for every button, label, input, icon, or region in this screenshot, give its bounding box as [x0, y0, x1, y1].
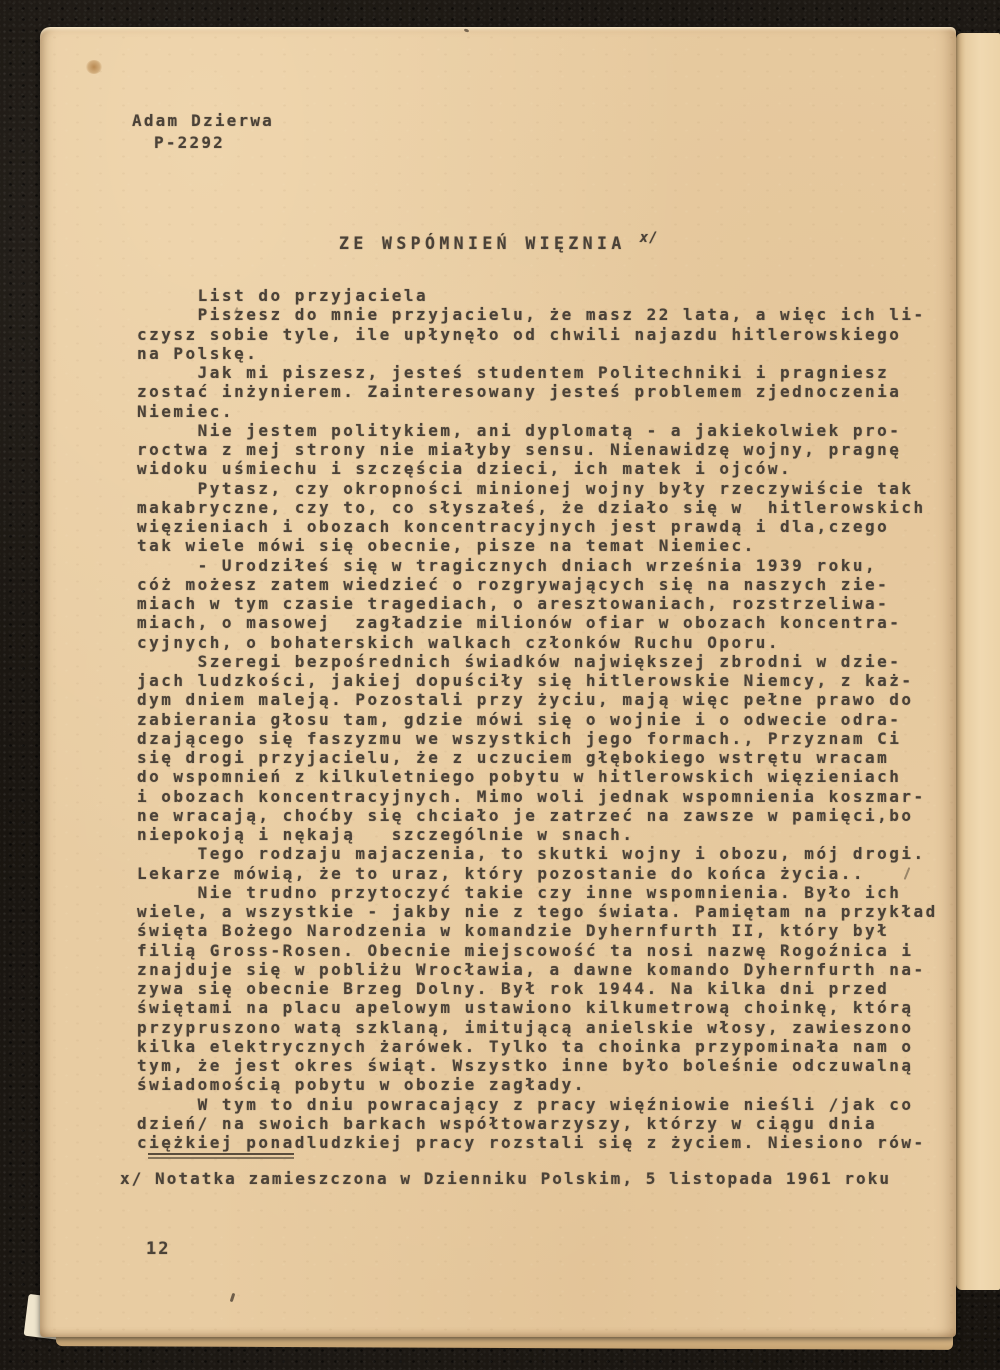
text-line: więzieniach i obozach koncentracyjnych j…	[137, 517, 938, 536]
text-line: przypruszono watą szklaną, imitującą ani…	[137, 1018, 938, 1037]
text-line: tym, że jest okres świąt. Wszystko inne …	[137, 1056, 938, 1075]
text-line: Lekarze mówią, że to uraz, który pozosta…	[137, 864, 938, 883]
text-line: dym dniem maleją. Pozostali przy życiu, …	[137, 690, 938, 709]
page-number: 12	[146, 1239, 170, 1259]
text-line: makabryczne, czy to, co słyszałeś, że dz…	[137, 498, 938, 517]
text-line: W tym to dniu powracający z pracy więźni…	[137, 1095, 938, 1114]
text-line: się drogi przyjacielu, że z uczuciem głę…	[137, 748, 938, 767]
text-line: wiele, a wszystkie - jakby nie z tego św…	[137, 902, 938, 921]
text-line: - Urodziłeś się w tragicznych dniach wrz…	[137, 556, 938, 575]
text-line: tak wiele mówi się obecnie, pisze na tem…	[137, 536, 938, 555]
text-line: ne wracają, choćby się chciało je zatrze…	[137, 806, 938, 825]
document-title: ZE WSPÓMNIEŃ WIĘZNIAx/	[339, 230, 659, 253]
text-line: do wspomnień z kilkuletniego pobytu w hi…	[137, 767, 938, 786]
text-line: czysz sobie tyle, ile upłynęło od chwili…	[137, 325, 938, 344]
text-line: Pytasz, czy okropności minionej wojny by…	[137, 479, 938, 498]
text-line: znajduje się w pobliżu Wrocławia, a dawn…	[137, 960, 938, 979]
document-page: Adam Dzierwa P-2292 ZE WSPÓMNIEŃ WIĘZNIA…	[40, 27, 956, 1337]
text-line: świadomością pobytu w obozie zagłady.	[137, 1075, 938, 1094]
paper-stain	[86, 60, 102, 74]
text-line: List do przyjaciela	[137, 286, 938, 305]
footnote-text: x/ Notatka zamieszczona w Dzienniku Pols…	[120, 1169, 891, 1188]
text-line: Nie jestem politykiem, ani dyplomatą - a…	[137, 421, 938, 440]
text-line: ciężkiej ponadludzkiej pracy rozstali si…	[137, 1133, 938, 1152]
text-line: miach w tym czasie tragediach, o areszto…	[137, 594, 938, 613]
text-line: święta Bożego Narodzenia w komandzie Dyh…	[137, 921, 938, 940]
text-line: widoku uśmiechu i szczęścia dzieci, ich …	[137, 459, 938, 478]
text-line: Nie trudno przytoczyć takie czy inne wsp…	[137, 883, 938, 902]
text-line: świętami na placu apelowym ustawiono kil…	[137, 998, 938, 1017]
text-line: Jak mi piszesz, jesteś studentem Politec…	[137, 363, 938, 382]
text-line: zostać inżynierem. Zainteresowany jesteś…	[137, 382, 938, 401]
text-line: na Polskę.	[137, 344, 938, 363]
footnote-divider	[148, 1153, 294, 1159]
text-line: niepokoją i nękają szczególnie w snach.	[137, 825, 938, 844]
next-page-edge	[956, 33, 1000, 1290]
text-line: miach, o masowej zagładzie milionów ofia…	[137, 613, 938, 632]
text-line: zabierania głosu tam, gdzie mówi się o w…	[137, 710, 938, 729]
text-line: cyjnych, o bohaterskich walkach członków…	[137, 633, 938, 652]
text-line: dzień/ na swoich barkach współtowarzyszy…	[137, 1114, 938, 1133]
text-line: Szeregi bezpośrednich świadków największ…	[137, 652, 938, 671]
text-line: kilka elektrycznych żarówek. Tylko ta ch…	[137, 1037, 938, 1056]
text-line: filią Gross-Rosen. Obecnie miejscowość t…	[137, 941, 938, 960]
footnote-mark: x/	[640, 230, 659, 246]
text-line: zywa się obecnie Brzeg Dolny. Był rok 19…	[137, 979, 938, 998]
text-line: Tego rodzaju majaczenia, to skutki wojny…	[137, 844, 938, 863]
prisoner-number: P-2292	[154, 133, 225, 152]
text-line: roctwa z mej strony nie miałyby sensu. N…	[137, 440, 938, 459]
text-line: jach ludzkości, jakiej dopuściły się hit…	[137, 671, 938, 690]
body-text: List do przyjaciela Piszesz do mnie przy…	[137, 286, 938, 1152]
title-text: ZE WSPÓMNIEŃ WIĘZNIA	[339, 234, 626, 253]
author-name: Adam Dzierwa	[132, 111, 274, 130]
scanned-book-photo: Adam Dzierwa P-2292 ZE WSPÓMNIEŃ WIĘZNIA…	[0, 0, 1000, 1370]
text-line: Piszesz do mnie przyjacielu, że masz 22 …	[137, 305, 938, 324]
text-line: cóż możesz zatem wiedzieć o rozgrywający…	[137, 575, 938, 594]
text-line: dzającego się faszyzmu we wszystkich jeg…	[137, 729, 938, 748]
text-line: i obozach koncentracyjnych. Mimo woli je…	[137, 787, 938, 806]
text-line: Niemiec.	[137, 402, 938, 421]
